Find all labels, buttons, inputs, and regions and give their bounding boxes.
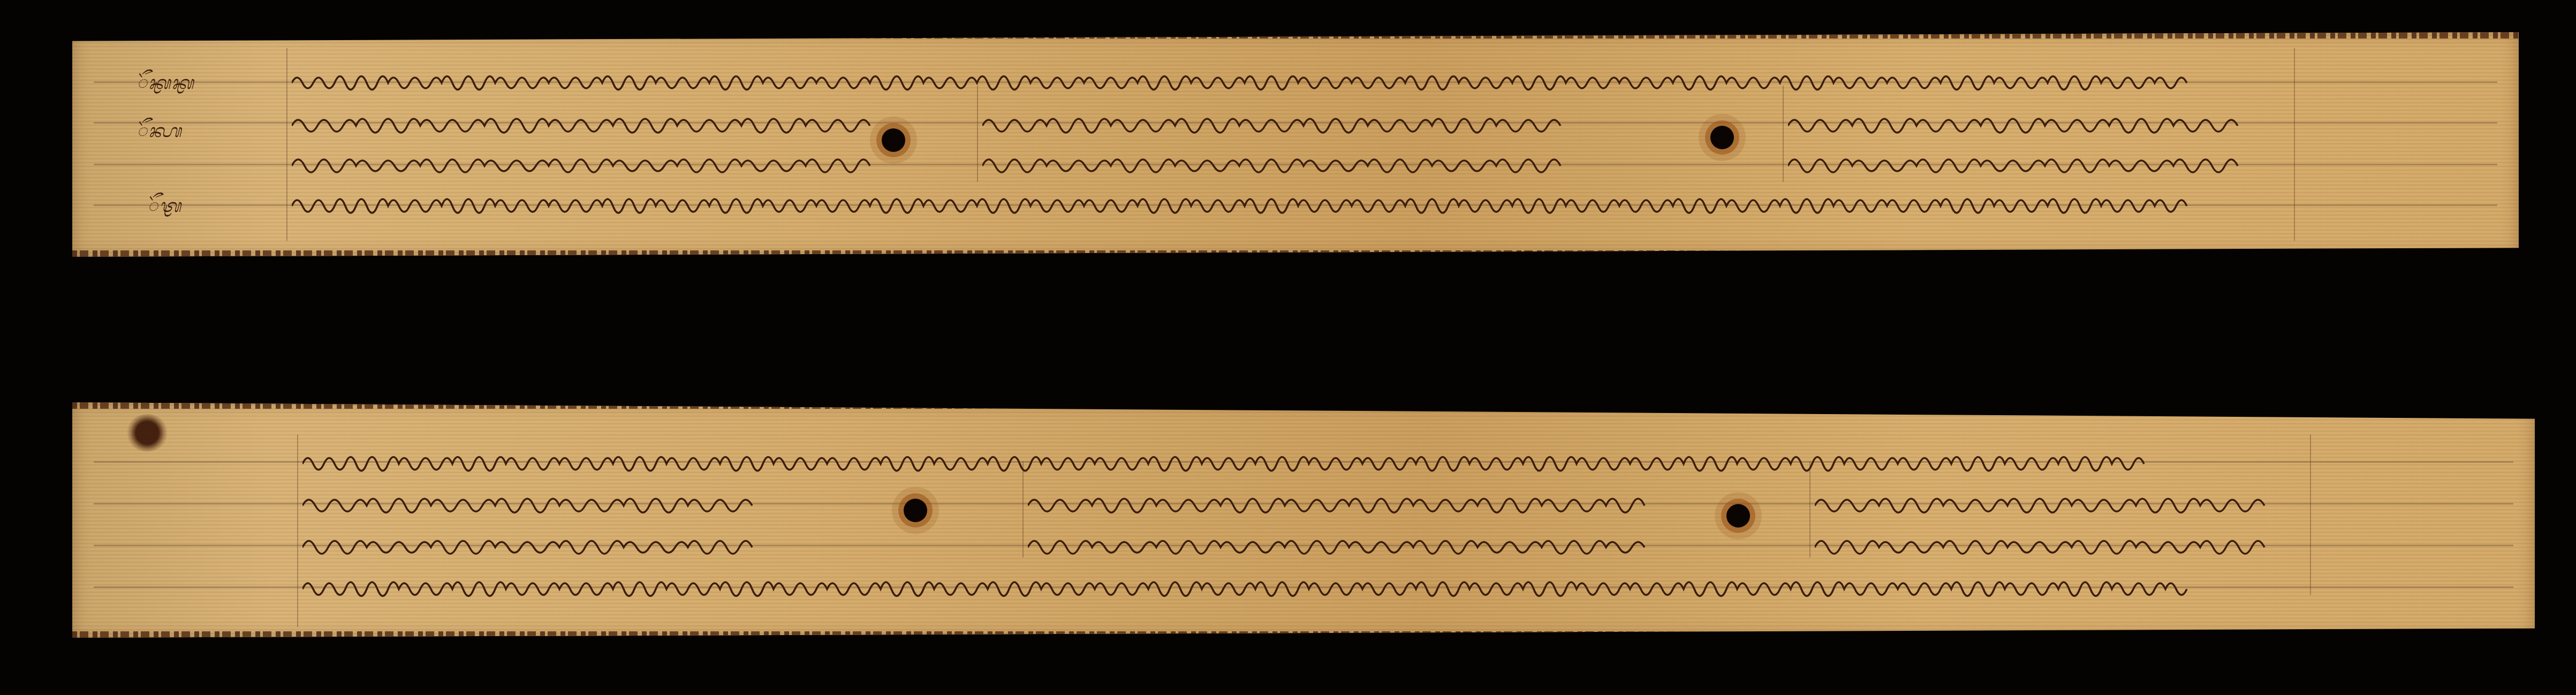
binding-hole [1710,126,1734,149]
script-line [1788,147,2291,185]
panel-boundary [286,48,287,241]
script-line [1815,487,2307,524]
script-line [302,445,2305,483]
script-line [1788,107,2291,144]
leaf-number-label: ᭂᭇ [147,193,182,225]
panel-boundary [2310,434,2311,595]
palm-leaf-2 [72,402,2535,638]
leaf-number-label: ᭂᭆ [137,118,183,150]
script-line [1028,529,1697,566]
script-line [302,529,784,566]
binding-hole [904,499,927,522]
script-line [302,487,784,524]
stain-mark [126,414,169,452]
script-line [1815,529,2307,566]
panel-boundary [2294,48,2295,241]
script-line [292,107,923,144]
palm-leaf-1: ᭂᭅᭅ ᭂᭆ ᭂᭇ [72,32,2519,257]
script-line [982,147,1614,185]
binding-hole [1726,504,1750,528]
script-line [1028,487,1697,524]
leaf-number-label: ᭂᭅᭅ [137,70,195,102]
panel-boundary [297,434,298,627]
script-line [982,107,1614,144]
script-line [302,570,2294,608]
script-line [292,187,2294,225]
script-line [292,64,2294,102]
script-line [292,147,923,185]
